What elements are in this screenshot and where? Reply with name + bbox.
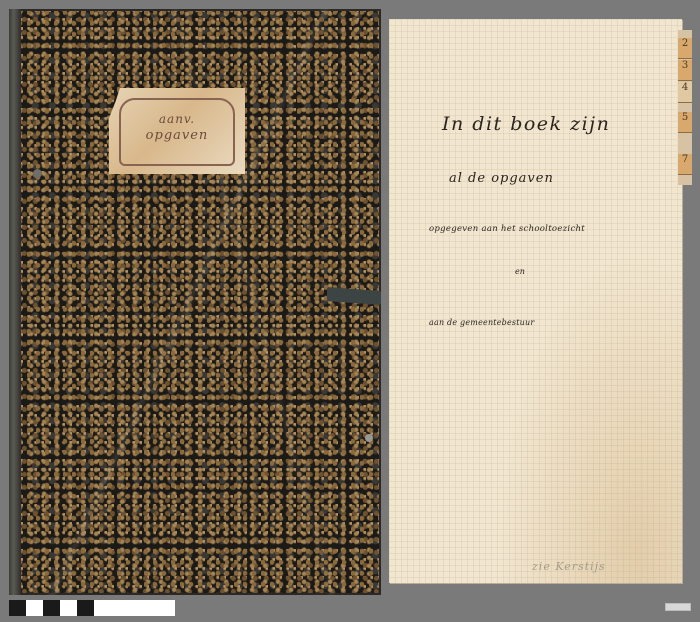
index-tab[interactable]: 3 xyxy=(678,60,692,81)
calibration-segment-black xyxy=(9,600,26,616)
index-tab[interactable]: 5 xyxy=(678,112,692,133)
cover-label-line2: opgaven xyxy=(109,128,245,143)
notebook-page: In dit boek zijn al de opgaven opgegeven… xyxy=(389,19,682,583)
notebook-cover: aanv. opgaven xyxy=(9,9,381,595)
cover-label: aanv. opgaven xyxy=(109,88,245,174)
index-tab[interactable]: 4 xyxy=(678,82,692,103)
cover-hole xyxy=(33,169,42,178)
page-title: In dit boek zijn xyxy=(442,113,610,135)
index-tab[interactable]: 7 xyxy=(678,154,692,175)
page-line-2: al de opgaven xyxy=(449,171,554,186)
index-tabs: 2 3 4 5 7 xyxy=(678,30,692,185)
calibration-segment-white xyxy=(60,600,77,616)
calibration-segment-black xyxy=(43,600,60,616)
page-line-4: en xyxy=(515,267,525,276)
index-tab[interactable]: 2 xyxy=(678,38,692,59)
page-line-5: aan de gemeentebestuur xyxy=(429,318,534,327)
cover-label-line1: aanv. xyxy=(109,112,245,126)
calibration-segment-white xyxy=(26,600,43,616)
calibration-segment-white-long xyxy=(94,600,175,616)
calibration-bar xyxy=(9,600,175,616)
calibration-segment-black xyxy=(77,600,94,616)
cover-hole xyxy=(365,434,373,442)
pencil-note: zie Kerstijs xyxy=(532,560,606,573)
archive-stamp xyxy=(665,603,691,611)
page-line-3: opgegeven aan het schooltoezicht xyxy=(429,224,585,234)
